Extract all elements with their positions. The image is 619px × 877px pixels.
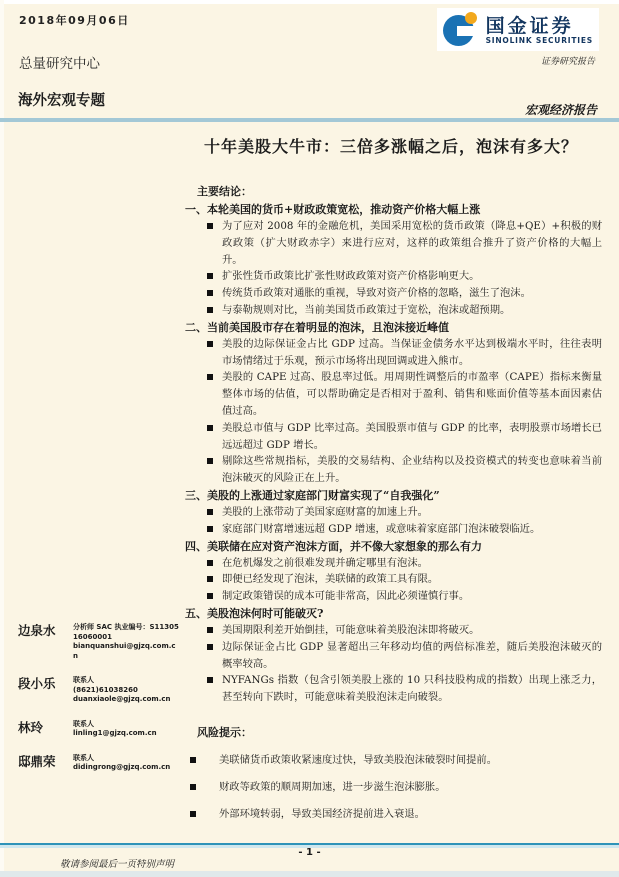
bullet-item: 在危机爆发之前很难发现并确定哪里有泡沫。 [207,555,602,572]
bullet-item: 美股总市值与 GDP 比率过高。美国股票市值与 GDP 的比率，表明股票市场增长… [207,420,602,454]
research-center: 总量研究中心 [19,52,100,72]
analyst-contact-line: duanxiaole@gjzq.com.cn [73,695,171,705]
bullet-text: 为了应对 2008 年的金融危机，美国采用宽松的货币政策（降息+QE）+积极的财… [222,218,602,268]
bullet-square-icon [207,576,213,582]
analyst-info: 联系人linling1@gjzq.com.cn [73,718,157,739]
brand-name-en: SINOLINK SECURITIES [486,36,593,45]
main-content: 十年美股大牛市：三倍多涨幅之后，泡沫有多大？ 主要结论： 一、本轮美国的货币+财… [180,134,602,822]
analyst-entry: 林玲联系人linling1@gjzq.com.cn [18,718,180,739]
bullet-item: 为了应对 2008 年的金融危机，美国采用宽松的货币政策（降息+QE）+积极的财… [207,218,602,268]
logo-orange-dot [465,12,477,24]
sinolink-logo-icon [443,12,479,48]
report-type: 宏观经济报告 [525,101,597,118]
summary-heading: 主要结论： [197,183,602,201]
bullet-text: 美国期限利差开始倒挂，可能意味着美股泡沫即将破灭。 [222,622,479,639]
analyst-contact-line: linling1@gjzq.com.cn [73,729,157,739]
bullet-text: 传统货币政策对通胀的重视，导致对资产价格的忽略，滋生了泡沫。 [222,285,531,302]
brand-subtitle: 证券研究报告 [541,54,595,67]
bullet-item: 边际保证金占比 GDP 显著超出三年移动均值的两倍标准差，随后美股泡沫破灭的概率… [207,639,602,673]
bullet-item: 财政等政策的顺周期加速，进一步滋生泡沫膨胀。 [190,779,602,796]
analyst-info: 联系人(8621)61038260duanxiaole@gjzq.com.cn [73,674,171,705]
analyst-name: 林玲 [18,718,66,739]
bullet-square-icon [207,374,213,380]
bullet-square-icon [190,784,196,790]
bullet-item: NYFANGs 指数（包含引领美股上涨的 10 只科技股构成的指数）出现上涨乏力… [207,672,602,706]
analyst-name: 邸鼎荣 [18,752,66,773]
bullet-square-icon [207,627,213,633]
page-edge-left [0,0,4,877]
risk-bullets: 美联储货币政策收紧速度过快，导致美股泡沫破裂时间提前。财政等政策的顺周期加速，进… [180,752,602,822]
bullet-text: 与泰勒规则对比，当前美国货币政策过于宽松，泡沫或超预期。 [222,302,510,319]
bullet-item: 家庭部门财富增速远超 GDP 增速，或意味着家庭部门泡沫破裂临近。 [207,521,602,538]
analyst-name: 边泉水 [18,621,66,661]
bullet-square-icon [207,644,213,650]
risk-heading: 风险提示： [197,724,602,742]
bullet-item: 外部环境转弱，导致美国经济提前进入衰退。 [190,806,602,823]
bullet-square-icon [207,307,213,313]
bullet-text: 家庭部门财富增速远超 GDP 增速，或意味着家庭部门泡沫破裂临近。 [222,521,540,538]
bullet-item: 美联储货币政策收紧速度过快，导致美股泡沫破裂时间提前。 [190,752,602,769]
bullet-item: 传统货币政策对通胀的重视，导致对资产价格的忽略，滋生了泡沫。 [207,285,602,302]
logo-notch-shape [457,26,475,36]
analyst-entry: 段小乐联系人(8621)61038260duanxiaole@gjzq.com.… [18,674,180,705]
bullet-square-icon [207,526,213,532]
analyst-contact-line: bianquanshui@gjzq.com.cn [73,642,180,661]
analysts-block: 边泉水分析师 SAC 执业编号：S1130516060001bianquansh… [18,621,180,786]
bullet-text: 美股总市值与 GDP 比率过高。美国股票市值与 GDP 的比率，表明股票市场增长… [222,420,602,454]
analyst-entry: 邸鼎荣联系人didingrong@gjzq.com.cn [18,752,180,773]
analyst-info: 联系人didingrong@gjzq.com.cn [73,752,170,773]
analyst-role: 联系人 [73,754,170,764]
report-page: 2018年09月06日 总量研究中心 海外宏观专题 宏观经济报告 国金证券 SI… [0,0,619,877]
bullet-square-icon [190,811,196,817]
page-title: 十年美股大牛市：三倍多涨幅之后，泡沫有多大？ [180,134,602,157]
brand-name-cn: 国金证券 [486,16,593,36]
bullet-square-icon [207,273,213,279]
page-edge-bottom [0,871,619,877]
bullet-text: 美股的上涨带动了美国家庭财富的加速上升。 [222,504,428,521]
bullet-square-icon [207,290,213,296]
bullet-item: 美股的边际保证金占比 GDP 过高。当保证金债务水平达到极端水平时，往往表明市场… [207,336,602,370]
bullet-text: 财政等政策的顺周期加速，进一步滋生泡沫膨胀。 [219,779,446,796]
bullet-item: 美国期限利差开始倒挂，可能意味着美股泡沫即将破灭。 [207,622,602,639]
risk-section: 风险提示： 美联储货币政策收紧速度过快，导致美股泡沫破裂时间提前。财政等政策的顺… [180,724,602,822]
logo-text-block: 国金证券 SINOLINK SECURITIES [486,16,593,45]
analyst-info: 分析师 SAC 执业编号：S1130516060001bianquanshui@… [73,621,180,661]
bullet-square-icon [207,509,213,515]
bullet-item: 与泰勒规则对比，当前美国货币政策过于宽松，泡沫或超预期。 [207,302,602,319]
bullet-square-icon [207,341,213,347]
bullet-text: 制定政策错误的成本可能非常高，因此必须谨慎行事。 [222,588,469,605]
bullet-square-icon [207,593,213,599]
analyst-contact-line: (8621)61038260 [73,686,171,696]
bullet-item: 制定政策错误的成本可能非常高，因此必须谨慎行事。 [207,588,602,605]
bullet-item: 扩张性货币政策比扩张性财政政策对资产价格影响更大。 [207,268,602,285]
report-topic: 海外宏观专题 [18,89,105,110]
section-heading: 四、美联储在应对资产泡沫方面，并不像大家想象的那么有力 [185,538,602,555]
bullet-text: 在危机爆发之前很难发现并确定哪里有泡沫。 [222,555,428,572]
summary-sections: 一、本轮美国的货币+财政政策宽松，推动资产价格大幅上涨为了应对 2008 年的金… [180,201,602,706]
analyst-role: 联系人 [73,720,157,730]
sinolink-logo: 国金证券 SINOLINK SECURITIES [437,8,599,51]
analyst-entry: 边泉水分析师 SAC 执业编号：S1130516060001bianquansh… [18,621,180,661]
report-date: 2018年09月06日 [19,12,130,28]
bullet-item: 美股的上涨带动了美国家庭财富的加速上升。 [207,504,602,521]
analyst-role: 分析师 SAC 执业编号：S1130516060001 [73,623,180,642]
bullet-item: 剔除这些常规指标，美股的交易结构、企业结构以及投资模式的转变也意味着当前泡沫破灭… [207,453,602,487]
bullet-text: 美股的 CAPE 过高、股息率过低。用周期性调整后的市盈率（CAPE）指标来衡量… [222,369,602,419]
bullet-square-icon [190,757,196,763]
page-edge-top [0,0,619,4]
bullet-item: 美股的 CAPE 过高、股息率过低。用周期性调整后的市盈率（CAPE）指标来衡量… [207,369,602,419]
section-heading: 三、美股的上涨通过家庭部门财富实现了“自我强化” [185,487,602,504]
bullet-text: 边际保证金占比 GDP 显著超出三年移动均值的两倍标准差，随后美股泡沫破灭的概率… [222,639,602,673]
bullet-text: 美股的边际保证金占比 GDP 过高。当保证金债务水平达到极端水平时，往往表明市场… [222,336,602,370]
bullet-text: 剔除这些常规指标，美股的交易结构、企业结构以及投资模式的转变也意味着当前泡沫破灭… [222,453,602,487]
bullet-item: 即便已经发现了泡沫，美联储的政策工具有限。 [207,571,602,588]
bullet-square-icon [207,677,213,683]
bullet-text: 扩张性货币政策比扩张性财政政策对资产价格影响更大。 [222,268,479,285]
bullet-square-icon [207,223,213,229]
bullet-text: 美联储货币政策收紧速度过快，导致美股泡沫破裂时间提前。 [219,752,497,769]
footer-disclaimer: 敬请参阅最后一页特别声明 [60,856,174,870]
analyst-role: 联系人 [73,676,171,686]
bullet-text: 即便已经发现了泡沫，美联储的政策工具有限。 [222,571,438,588]
section-heading: 五、美股泡沫何时可能破灭? [185,605,602,622]
analyst-name: 段小乐 [18,674,66,705]
bullet-square-icon [207,458,213,464]
bullet-text: NYFANGs 指数（包含引领美股上涨的 10 只科技股构成的指数）出现上涨乏力… [222,672,602,706]
bullet-square-icon [207,560,213,566]
analyst-contact-line: didingrong@gjzq.com.cn [73,763,170,773]
header-divider [0,118,619,122]
bullet-square-icon [207,425,213,431]
section-heading: 二、当前美国股市存在着明显的泡沫，且泡沫接近峰值 [185,319,602,336]
bullet-text: 外部环境转弱，导致美国经济提前进入衰退。 [219,806,425,823]
section-heading: 一、本轮美国的货币+财政政策宽松，推动资产价格大幅上涨 [185,201,602,218]
